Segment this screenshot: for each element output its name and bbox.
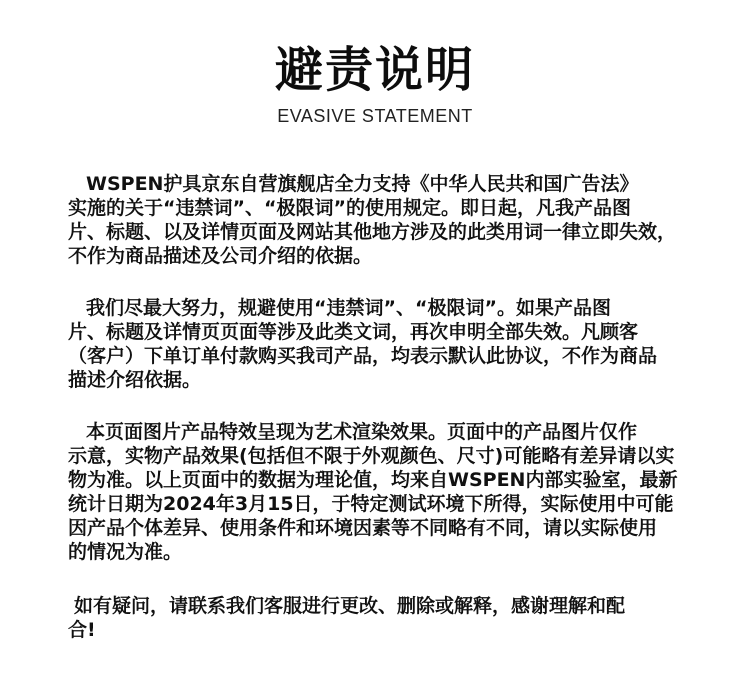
paragraph-image-disclaimer: 本页面图片产品特效呈现为艺术渲染效果。页面中的产品图片仅作 示意，实物产品效果(… (68, 420, 728, 564)
text-line: 片、标题及详情页页面等涉及此类文词，再次申明全部失效。凡顾客 (68, 320, 728, 344)
text-line: 不作为商品描述及公司介绍的依据。 (68, 244, 728, 268)
text-line: 描述介绍依据。 (68, 368, 728, 392)
page-title: 避责说明 (0, 40, 750, 100)
text-line: 如有疑问，请联系我们客服进行更改、删除或解释，感谢理解和配 (68, 594, 728, 618)
text-line: WSPEN护具京东自营旗舰店全力支持《中华人民共和国广告法》 (68, 172, 728, 196)
text-line: （客户）下单订单付款购买我司产品，均表示默认此协议，不作为商品 (68, 344, 728, 368)
text-line: 我们尽最大努力，规避使用“违禁词”、“极限词”。如果产品图 (68, 296, 728, 320)
page-subtitle: EVASIVE STATEMENT (0, 106, 750, 127)
text-line: 本页面图片产品特效呈现为艺术渲染效果。页面中的产品图片仅作 (68, 420, 728, 444)
paragraph-advertising-law: WSPEN护具京东自营旗舰店全力支持《中华人民共和国广告法》 实施的关于“违禁词… (68, 172, 728, 268)
text-line: 片、标题、以及详情页面及网站其他地方涉及的此类用词一律立即失效， (68, 220, 728, 244)
text-line: 的情况为准。 (68, 540, 728, 564)
text-line: 示意，实物产品效果(包括但不限于外观颜色、尺寸)可能略有差异请以实 (68, 444, 728, 468)
paragraph-prohibited-words: 我们尽最大努力，规避使用“违禁词”、“极限词”。如果产品图 片、标题及详情页页面… (68, 296, 728, 392)
text-line: 物为准。以上页面中的数据为理论值，均来自WSPEN内部实验室，最新 (68, 468, 728, 492)
text-line: 因产品个体差异、使用条件和环境因素等不同略有不同，请以实际使用 (68, 516, 728, 540)
text-line: 合! (68, 618, 728, 642)
paragraph-contact: 如有疑问，请联系我们客服进行更改、删除或解释，感谢理解和配 合! (68, 594, 728, 642)
text-line: 统计日期为2024年3月15日，于特定测试环境下所得，实际使用中可能 (68, 492, 728, 516)
text-line: 实施的关于“违禁词”、“极限词”的使用规定。即日起，凡我产品图 (68, 196, 728, 220)
